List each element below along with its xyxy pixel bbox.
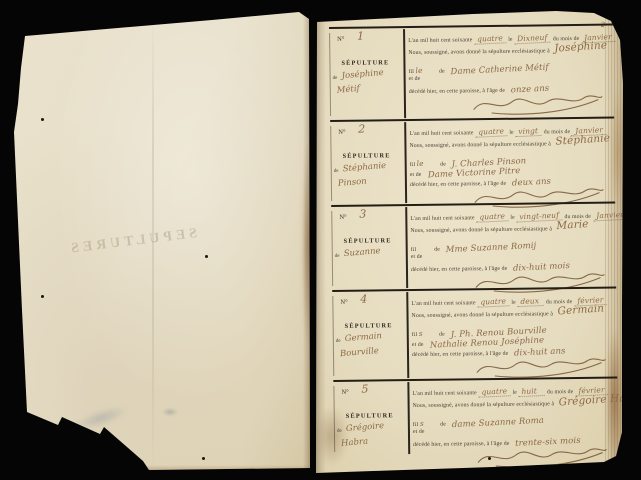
printed-text: le <box>510 215 514 221</box>
fil-suffix-handwritten: s <box>419 329 423 338</box>
printed-text: et de <box>412 342 424 348</box>
sepulture-label: SÉPULTURE <box>331 152 403 160</box>
ink-smudge <box>71 401 131 434</box>
margin-name-line2: Habra <box>341 437 369 449</box>
printed-text: et de <box>413 429 425 435</box>
margin-name-line1: Grégoire <box>346 421 385 434</box>
margin-name-line2: Pinson <box>338 177 368 189</box>
printed-text: fil <box>409 69 415 75</box>
margin-name-line2: Métif <box>336 84 360 96</box>
signature-scrawl <box>468 88 608 118</box>
printed-text: Nous, soussigné, avons donné la sépultur… <box>413 401 555 409</box>
burial-line: Nous, soussigné, avons donné la sépultur… <box>413 396 618 411</box>
printed-text: L'an mil huit cent soixante <box>410 215 474 222</box>
mother-line: et de <box>413 427 618 436</box>
scanned-register-spread: SEPULTURES 2 N° 1 SÉPUL <box>0 0 641 480</box>
burial-entry: N° 3 SÉPULTURE de Suzanne L'an mil huit … <box>331 202 616 290</box>
left-page: SEPULTURES <box>12 10 312 472</box>
entry-left-rule <box>331 211 333 286</box>
paper-speck <box>41 118 44 121</box>
paper-speck <box>41 295 44 298</box>
column-divider-rule <box>404 122 406 203</box>
no-label: N° <box>337 36 344 43</box>
entry-left-rule <box>329 33 331 116</box>
page-edge-shading <box>12 465 312 472</box>
sepulture-label: SÉPULTURE <box>333 322 405 330</box>
binding-shadow <box>313 8 326 474</box>
entry-number-value: 5 <box>361 383 368 396</box>
buried-name-handwritten: Germain <box>557 302 604 317</box>
column-divider-rule <box>403 29 406 118</box>
printed-text: fil <box>413 422 419 428</box>
burial-entry: N° 4 SÉPULTURE de Germain Bourville L'an… <box>332 287 617 380</box>
printed-text: de <box>434 247 440 253</box>
column-divider-rule <box>405 207 407 288</box>
burial-entry: N° 1 SÉPULTURE de Joséphine Métif L'an m… <box>329 24 614 120</box>
entry-left-rule <box>330 126 332 201</box>
fil-suffix-handwritten: le <box>416 66 423 75</box>
printed-text: le <box>511 300 515 306</box>
no-label: N° <box>339 214 346 221</box>
entry-left-rule <box>332 296 334 376</box>
buried-name-handwritten: Joséphine <box>553 39 607 54</box>
binding-shadow <box>303 10 312 472</box>
printed-text: fil <box>410 162 416 168</box>
printed-text: et de <box>409 76 421 82</box>
burial-entry: N° 2 SÉPULTURE de Stéphanie Pinson L'an … <box>330 117 615 205</box>
no-label: N° <box>338 129 345 136</box>
printed-text: fil <box>412 332 418 338</box>
burial-register-form: N° 1 SÉPULTURE de Joséphine Métif L'an m… <box>329 24 618 456</box>
margin-name-line1: Joséphine <box>341 68 384 81</box>
fil-suffix-handwritten: le <box>417 159 424 168</box>
stamp-showthrough: SEPULTURES <box>67 226 199 258</box>
printed-text: et de <box>411 254 423 260</box>
printed-text: de <box>440 162 446 168</box>
entry-number-value: 3 <box>359 208 366 221</box>
de-label: de <box>336 339 341 344</box>
printed-text: le <box>509 130 513 136</box>
ink-smudge <box>162 408 178 416</box>
entry-number-value: 4 <box>360 293 367 306</box>
mother-line: et de <box>409 74 614 83</box>
fil-suffix-handwritten: s <box>420 419 424 428</box>
de-label: de <box>337 429 342 434</box>
no-label: N° <box>341 389 348 396</box>
printed-text: de <box>440 422 446 428</box>
paper-speck <box>205 255 208 258</box>
printed-text: du mois de <box>547 389 574 395</box>
margin-name-line1: Germain <box>344 331 382 344</box>
de-label: de <box>334 169 339 174</box>
printed-text: le <box>512 390 516 396</box>
sepulture-label: SÉPULTURE <box>329 59 401 67</box>
burial-line: Nous, soussigné, avons donné la sépultur… <box>408 43 613 58</box>
printed-text: L'an mil huit cent soixante <box>412 390 476 397</box>
printed-text: de <box>439 332 445 338</box>
signature-scrawl <box>472 441 612 471</box>
column-divider-rule <box>406 292 409 378</box>
entry-number-value: 2 <box>358 123 365 136</box>
printed-text: Nous, soussigné, avons donné la sépultur… <box>412 311 554 319</box>
entry-number-value: 1 <box>357 30 364 43</box>
printed-text: et de <box>410 172 422 178</box>
printed-text: L'an mil huit cent soixante <box>411 300 475 307</box>
de-label: de <box>335 254 340 259</box>
printed-text: fil <box>411 247 417 253</box>
buried-name-handwritten: Stéphanie <box>555 132 610 147</box>
printed-text: Nous, soussigné, avons donné la sépultur… <box>409 141 551 149</box>
margin-name-line2: Bourville <box>340 346 380 359</box>
printed-text: le <box>508 37 512 43</box>
burial-entry: N° 5 SÉPULTURE de Grégoire Habra L'an mi… <box>333 377 618 456</box>
sepulture-label: SÉPULTURE <box>332 237 404 245</box>
printed-text: L'an mil huit cent soixante <box>408 37 472 44</box>
right-page: 2 N° 1 SÉPULTURE de Joséphine Métif L'an… <box>313 8 625 474</box>
column-divider-rule <box>407 382 409 454</box>
margin-name-line1: Suzanne <box>343 246 381 259</box>
printed-text: Nous, soussigné, avons donné la sépultur… <box>408 48 550 56</box>
no-label: N° <box>340 299 347 306</box>
margin-name-line1: Stéphanie <box>342 161 386 175</box>
de-label: de <box>333 76 338 81</box>
paper-speck <box>202 457 205 460</box>
mother-line: et de <box>411 252 616 261</box>
printed-text: de <box>439 69 445 75</box>
sepulture-label: SÉPULTURE <box>334 412 406 420</box>
printed-text: Nous, soussigné, avons donné la sépultur… <box>410 226 552 234</box>
printed-text: L'an mil huit cent soixante <box>409 130 473 137</box>
burial-line: Nous, soussigné, avons donné la sépultur… <box>410 221 615 236</box>
burial-line: Nous, soussigné, avons donné la sépultur… <box>411 306 616 321</box>
burial-line: Nous, soussigné, avons donné la sépultur… <box>409 136 614 151</box>
buried-name-handwritten: Marie <box>556 218 589 232</box>
